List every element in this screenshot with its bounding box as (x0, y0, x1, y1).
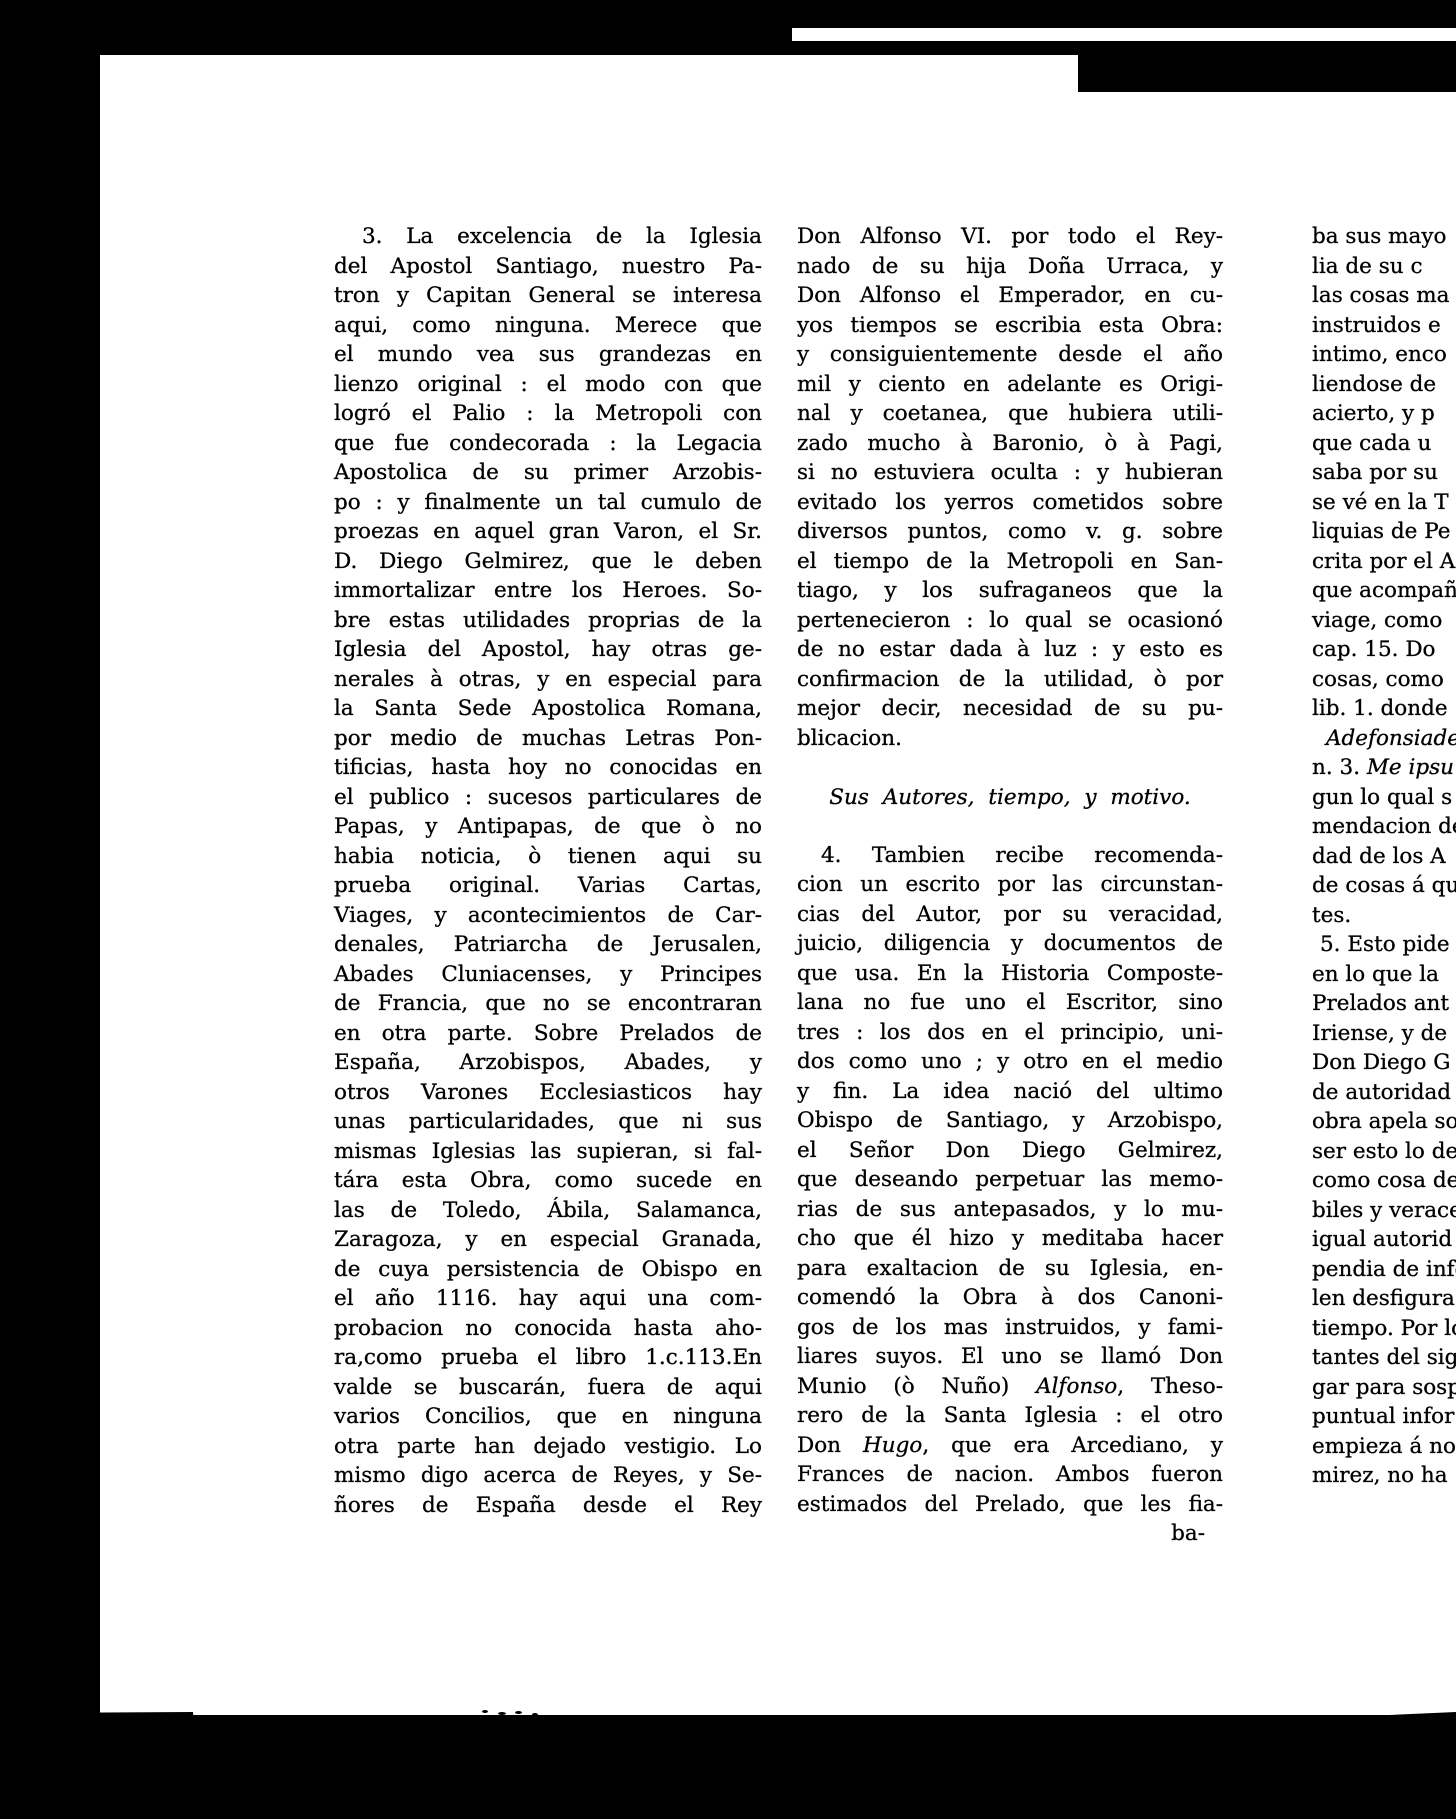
text-line: zado mucho à Baronio, ò à Pagi, (797, 429, 1223, 459)
text-line: tiago, y los sufraganeos que la (797, 576, 1223, 606)
text-run: igual autorid (1312, 1227, 1452, 1252)
text-line: biles y verace (1312, 1196, 1456, 1226)
text-line: comendó la Obra à dos Canoni- (797, 1283, 1223, 1313)
text-line: ser esto lo de (1312, 1137, 1456, 1167)
text-run: otra parte han dejado vestigio. Lo (334, 1434, 762, 1459)
text-line: cap. 15. Do (1312, 635, 1456, 665)
text-run: mirez, no ha (1312, 1463, 1448, 1488)
ink-speck (498, 1712, 506, 1715)
text-line: el mundo vea sus grandezas en (334, 340, 762, 370)
text-run: Frances de nacion. Ambos fueron (797, 1462, 1223, 1487)
text-line: 5. Esto pide (1312, 930, 1456, 960)
text-run: y consiguientemente desde el año (797, 342, 1223, 367)
text-line: dad de los A (1312, 842, 1456, 872)
text-run: las cosas ma (1312, 283, 1449, 308)
text-run: como cosa de (1312, 1168, 1456, 1193)
text-line: de cuya persistencia de Obispo en (334, 1255, 762, 1285)
text-run: gar para sosp (1312, 1375, 1456, 1400)
text-run: , que era Arcediano, y (922, 1433, 1223, 1458)
text-line: Viages, y acontecimientos de Car- (334, 901, 762, 931)
text-line: pertenecieron : lo qual se ocasionó (797, 606, 1223, 636)
text-line: tantes del sigl (1312, 1343, 1456, 1373)
text-run: liquias de Pe (1312, 519, 1450, 544)
text-run: que acompañ (1312, 578, 1456, 603)
text-line: mismo digo acerca de Reyes, y Se- (334, 1461, 762, 1491)
text-run: ba sus mayo (1312, 224, 1446, 249)
text-run: zado mucho à Baronio, ò à Pagi, (797, 431, 1223, 456)
text-line: gos de los mas instruidos, y fami- (797, 1313, 1223, 1343)
text-line: tes. (1312, 901, 1456, 931)
text-run: rero de la Santa Iglesia : el otro (797, 1403, 1223, 1428)
text-line: juicio, diligencia y documentos de (797, 929, 1223, 959)
text-line: el Señor Don Diego Gelmirez, (797, 1136, 1223, 1166)
text-line: que fue condecorada : la Legacia (334, 429, 762, 459)
text-run: biles y verace (1312, 1198, 1456, 1223)
text-line: varios Concilios, que en ninguna (334, 1402, 762, 1432)
text-line: Munio (ò Nuño) Alfonso, Theso- (797, 1372, 1223, 1402)
text-line: por medio de muchas Letras Pon- (334, 724, 762, 754)
text-line: tron y Capitan General se interesa (334, 281, 762, 311)
text-run: el tiempo de la Metropoli en San- (797, 549, 1223, 574)
text-line: len desfigura (1312, 1284, 1456, 1314)
text-line: lienzo original : el modo con que (334, 370, 762, 400)
text-run: Don Alfonso el Emperador, en cu- (797, 283, 1223, 308)
text-line: las de Toledo, Ábila, Salamanca, (334, 1196, 762, 1226)
text-line: empieza á non (1312, 1432, 1456, 1462)
text-run: juicio, diligencia y documentos de (797, 931, 1223, 956)
text-line: mendacion de (1312, 812, 1456, 842)
text-line: puntual infor (1312, 1402, 1456, 1432)
text-line: ñores de España desde el Rey (334, 1491, 762, 1521)
text-line: immortalizar entre los Heroes. So- (334, 576, 762, 606)
text-line: el tiempo de la Metropoli en San- (797, 547, 1223, 577)
text-line: Iriense, y de (1312, 1019, 1456, 1049)
text-run: tron y Capitan General se interesa (334, 283, 762, 308)
text-line: 4. Tambien recibe recomenda- (797, 841, 1223, 871)
catchword: ba- (797, 1519, 1223, 1549)
text-run: tiago, y los sufraganeos que la (797, 578, 1223, 603)
text-run: el publico : sucesos particulares de (334, 785, 762, 810)
text-run: viage, como (1312, 608, 1442, 633)
text-run: comendó la Obra à dos Canoni- (797, 1285, 1223, 1310)
text-run: Munio (ò Nuño) (797, 1374, 1036, 1399)
text-line: saba por su (1312, 458, 1456, 488)
text-line: el publico : sucesos particulares de (334, 783, 762, 813)
text-line: que cada u (1312, 429, 1456, 459)
text-line: valde se buscarán, fuera de aqui (334, 1373, 762, 1403)
text-run: nerales à otras, y en especial para (334, 667, 762, 692)
text-line: Papas, y Antipapas, de que ò no (334, 812, 762, 842)
text-line: unas particularidades, que ni sus (334, 1107, 762, 1137)
ink-speck (515, 1711, 522, 1714)
text-line: tiempo. Por lo (1312, 1314, 1456, 1344)
text-line: el año 1116. hay aqui una com- (334, 1284, 762, 1314)
text-line: tificias, hasta hoy no conocidas en (334, 753, 762, 783)
text-line: las cosas ma (1312, 281, 1456, 311)
ink-speck (545, 1721, 550, 1725)
text-line: cias del Autor, por su veracidad, (797, 900, 1223, 930)
text-run: gun lo qual s (1312, 785, 1452, 810)
italic-text-run: Alfonso (1036, 1374, 1117, 1399)
text-run: por medio de muchas Letras Pon- (334, 726, 762, 751)
text-run: Apostolica de su primer Arzobis- (334, 460, 762, 485)
text-line: proezas en aquel gran Varon, el Sr. (334, 517, 762, 547)
text-line: ra,como prueba el libro 1.c.113.En (334, 1343, 762, 1373)
text-run: mejor decir, necesidad de su pu- (797, 696, 1223, 721)
text-run: Don (797, 1433, 863, 1458)
text-line: nerales à otras, y en especial para (334, 665, 762, 695)
text-run: de no estar dada à luz : y esto es (797, 637, 1223, 662)
text-run: cho que él hizo y meditaba hacer (797, 1226, 1223, 1251)
text-run: tantes del sigl (1312, 1345, 1456, 1370)
text-run: en lo que la (1312, 962, 1439, 987)
text-run: que usa. En la Historia Composte- (797, 961, 1223, 986)
text-run: 5. Esto pide (1320, 932, 1450, 957)
text-run: acierto, y p (1312, 401, 1435, 426)
text-run: blicacion. (797, 726, 902, 751)
text-line: prueba original. Varias Cartas, (334, 871, 762, 901)
ink-speck (482, 1710, 488, 1713)
text-run: mil y ciento en adelante es Origi- (797, 372, 1223, 397)
text-run: Iriense, y de (1312, 1021, 1447, 1046)
text-run: nal y coetanea, que hubiera utili- (797, 401, 1223, 426)
text-line: Don Alfonso el Emperador, en cu- (797, 281, 1223, 311)
text-line: gun lo qual s (1312, 783, 1456, 813)
text-line: habia noticia, ò tienen aqui su (334, 842, 762, 872)
text-line: y fin. La idea nació del ultimo (797, 1077, 1223, 1107)
text-line: D. Diego Gelmirez, que le deben (334, 547, 762, 577)
text-line: mil y ciento en adelante es Origi- (797, 370, 1223, 400)
text-run: tificias, hasta hoy no conocidas en (334, 755, 762, 780)
italic-text-run: Hugo (863, 1433, 922, 1458)
ink-smudge (318, 1730, 328, 1733)
italic-text-run: Adefonsiades (1326, 726, 1456, 751)
text-line: que deseando perpetuar las memo- (797, 1165, 1223, 1195)
text-run: Iglesia del Apostol, hay otras ge- (334, 637, 762, 662)
text-run: Zaragoza, y en especial Granada, (334, 1227, 762, 1252)
text-run: Don Alfonso VI. por todo el Rey- (797, 224, 1223, 249)
text-line: logró el Palio : la Metropoli con (334, 399, 762, 429)
text-line: Iglesia del Apostol, hay otras ge- (334, 635, 762, 665)
text-line: y consiguientemente desde el año (797, 340, 1223, 370)
text-line: Prelados ant (1312, 989, 1456, 1019)
text-line: como cosa de (1312, 1166, 1456, 1196)
text-run: Obispo de Santiago, y Arzobispo, (797, 1108, 1223, 1133)
text-line: crita por el A (1312, 547, 1456, 577)
text-run: el Señor Don Diego Gelmirez, (797, 1138, 1223, 1163)
text-run: que fue condecorada : la Legacia (334, 431, 762, 456)
text-line: estimados del Prelado, que les fia- (797, 1490, 1223, 1520)
text-run: y fin. La idea nació del ultimo (797, 1079, 1223, 1104)
text-line: si no estuviera oculta : y hubieran (797, 458, 1223, 488)
text-line: liares suyos. El uno se llamó Don (797, 1342, 1223, 1372)
text-run: lia de su c (1312, 254, 1422, 279)
text-run: confirmacion de la utilidad, ò por (797, 667, 1223, 692)
text-line: Zaragoza, y en especial Granada, (334, 1225, 762, 1255)
text-line: igual autorid (1312, 1225, 1456, 1255)
text-line: en lo que la (1312, 960, 1456, 990)
text-run: lana no fue uno el Escritor, sino (797, 990, 1223, 1015)
text-run: 4. Tambien recibe recomenda- (821, 843, 1223, 868)
text-run: mismas Iglesias las supieran, si fal- (334, 1139, 762, 1164)
text-run: tiempo. Por lo (1312, 1316, 1456, 1341)
text-run: la Santa Sede Apostolica Romana, (334, 696, 762, 721)
text-line: de Francia, que no se encontraran (334, 989, 762, 1019)
text-run: 3. La excelencia de la Iglesia (362, 224, 762, 249)
text-line: lia de su c (1312, 252, 1456, 282)
text-run: gos de los mas instruidos, y fami- (797, 1315, 1223, 1340)
text-run: de cuya persistencia de Obispo en (334, 1257, 762, 1282)
italic-text-run: Me ipsu (1367, 755, 1454, 780)
text-run: proezas en aquel gran Varon, el Sr. (334, 519, 762, 544)
text-run: puntual infor (1312, 1404, 1454, 1429)
text-line: intimo, enco (1312, 340, 1456, 370)
text-run: ra,como prueba el libro 1.c.113.En (334, 1345, 762, 1370)
text-run: immortalizar entre los Heroes. So- (334, 578, 762, 603)
text-line: diversos puntos, como v. g. sobre (797, 517, 1223, 547)
text-line: Adefonsiades (1312, 724, 1456, 754)
text-run: tres : los dos en el principio, uni- (797, 1020, 1223, 1045)
text-run: Abades Cluniacenses, y Principes (334, 962, 762, 987)
text-run: denales, Patriarcha de Jerusalen, (334, 932, 762, 957)
text-run: intimo, enco (1312, 342, 1447, 367)
ink-smudge (205, 1713, 264, 1727)
text-run: len desfigura (1312, 1286, 1455, 1311)
text-line: gar para sosp (1312, 1373, 1456, 1403)
text-run: saba por su (1312, 460, 1438, 485)
text-line: cho que él hizo y meditaba hacer (797, 1224, 1223, 1254)
text-line: Don Alfonso VI. por todo el Rey- (797, 222, 1223, 252)
text-run: nado de su hija Doña Urraca, y (797, 254, 1223, 279)
text-run: del Apostol Santiago, nuestro Pa- (334, 254, 762, 279)
text-line: tára esta Obra, como sucede en (334, 1166, 762, 1196)
text-run: de cosas á qu (1312, 873, 1456, 898)
text-line: liendose de (1312, 370, 1456, 400)
text-line: Don Hugo, que era Arcediano, y (797, 1431, 1223, 1461)
ink-smudge (296, 1724, 312, 1731)
text-run: Viages, y acontecimientos de Car- (334, 903, 762, 928)
text-run: valde se buscarán, fuera de aqui (334, 1375, 762, 1400)
text-line: España, Arzobispos, Abades, y (334, 1048, 762, 1078)
text-run: po : y finalmente un tal cumulo de (334, 490, 762, 515)
text-line: nado de su hija Doña Urraca, y (797, 252, 1223, 282)
text-run: ñores de España desde el Rey (334, 1493, 762, 1518)
text-line: para exaltacion de su Iglesia, en- (797, 1254, 1223, 1284)
scan-border-top-right (1078, 55, 1456, 92)
text-line: evitado los yerros cometidos sobre (797, 488, 1223, 518)
text-run: prueba original. Varias Cartas, (334, 873, 762, 898)
text-run: liares suyos. El uno se llamó Don (797, 1344, 1223, 1369)
text-line: ba sus mayo (1312, 222, 1456, 252)
text-line: pendia de info (1312, 1255, 1456, 1285)
text-line: denales, Patriarcha de Jerusalen, (334, 930, 762, 960)
text-run: que deseando perpetuar las memo- (797, 1167, 1223, 1192)
text-run: empieza á non (1312, 1434, 1456, 1459)
text-run: el mundo vea sus grandezas en (334, 342, 762, 367)
text-run: estimados del Prelado, que les fia- (797, 1492, 1223, 1517)
text-line: rero de la Santa Iglesia : el otro (797, 1401, 1223, 1431)
paper-background (100, 55, 1456, 1715)
text-run: en otra parte. Sobre Prelados de (334, 1021, 762, 1046)
text-line: n. 3. Me ipsu (1312, 753, 1456, 783)
text-run: lib. 1. donde (1312, 696, 1448, 721)
text-line: lib. 1. donde (1312, 694, 1456, 724)
text-line: del Apostol Santiago, nuestro Pa- (334, 252, 762, 282)
text-line: Frances de nacion. Ambos fueron (797, 1460, 1223, 1490)
text-line: mismas Iglesias las supieran, si fal- (334, 1137, 762, 1167)
text-run: crita por el A (1312, 549, 1455, 574)
text-line: po : y finalmente un tal cumulo de (334, 488, 762, 518)
text-run: bre estas utilidades proprias de la (334, 608, 762, 633)
text-run: para exaltacion de su Iglesia, en- (797, 1256, 1223, 1281)
text-line: Don Diego G (1312, 1048, 1456, 1078)
text-line: que acompañ (1312, 576, 1456, 606)
text-run: Don Diego G (1312, 1050, 1450, 1075)
text-run: unas particularidades, que ni sus (334, 1109, 762, 1134)
text-line: que usa. En la Historia Composte- (797, 959, 1223, 989)
text-column-1: 3. La excelencia de la Iglesiadel Aposto… (334, 222, 762, 1520)
text-line: instruidos e (1312, 311, 1456, 341)
text-run: España, Arzobispos, Abades, y (334, 1050, 762, 1075)
text-line: se vé en la T (1312, 488, 1456, 518)
text-run: mendacion de (1312, 814, 1456, 839)
text-run: instruidos e (1312, 313, 1441, 338)
text-line: confirmacion de la utilidad, ò por (797, 665, 1223, 695)
text-run: cias del Autor, por su veracidad, (797, 902, 1223, 927)
text-run: tára esta Obra, como sucede en (334, 1168, 762, 1193)
text-run: pendia de info (1312, 1257, 1456, 1282)
text-line: rias de sus antepasados, y lo mu- (797, 1195, 1223, 1225)
text-column-3: ba sus mayolia de su clas cosas mainstru… (1312, 222, 1456, 1491)
text-run: cosas, como (1312, 667, 1444, 692)
text-run: dos como uno ; y otro en el medio (797, 1049, 1223, 1074)
text-line: liquias de Pe (1312, 517, 1456, 547)
text-run: evitado los yerros cometidos sobre (797, 490, 1223, 515)
text-line: blicacion. (797, 724, 1223, 754)
scanned-book-page: 3. La excelencia de la Iglesiadel Aposto… (0, 0, 1456, 1819)
text-line: probacion no conocida hasta aho- (334, 1314, 762, 1344)
text-line: nal y coetanea, que hubiera utili- (797, 399, 1223, 429)
text-run: ser esto lo de (1312, 1139, 1456, 1164)
adjacent-page-edge (792, 28, 1456, 41)
text-line: aqui, como ninguna. Merece que (334, 311, 762, 341)
text-run: de autoridad (1312, 1080, 1451, 1105)
text-line: cosas, como (1312, 665, 1456, 695)
text-line: dos como uno ; y otro en el medio (797, 1047, 1223, 1077)
text-run: aqui, como ninguna. Merece que (334, 313, 762, 338)
text-line: yos tiempos se escribia esta Obra: (797, 311, 1223, 341)
text-run: cap. 15. Do (1312, 637, 1436, 662)
text-run: que cada u (1312, 431, 1431, 456)
text-column-2: Don Alfonso VI. por todo el Rey-nado de … (797, 222, 1223, 1549)
text-line: la Santa Sede Apostolica Romana, (334, 694, 762, 724)
text-line: otra parte han dejado vestigio. Lo (334, 1432, 762, 1462)
text-line: acierto, y p (1312, 399, 1456, 429)
text-run: cion un escrito por las circunstan- (797, 872, 1223, 897)
text-line: obra apela so (1312, 1107, 1456, 1137)
text-run: logró el Palio : la Metropoli con (334, 401, 762, 426)
text-line: mejor decir, necesidad de su pu- (797, 694, 1223, 724)
text-run: de Francia, que no se encontraran (334, 991, 762, 1016)
text-run: si no estuviera oculta : y hubieran (797, 460, 1223, 485)
text-line: 3. La excelencia de la Iglesia (334, 222, 762, 252)
text-line: de autoridad (1312, 1078, 1456, 1108)
text-line: lana no fue uno el Escritor, sino (797, 988, 1223, 1018)
ink-smudge (258, 1719, 292, 1729)
text-line: bre estas utilidades proprias de la (334, 606, 762, 636)
text-run: probacion no conocida hasta aho- (334, 1316, 762, 1341)
text-line: otros Varones Ecclesiasticos hay (334, 1078, 762, 1108)
text-run: obra apela so (1312, 1109, 1456, 1134)
text-line: de no estar dada à luz : y esto es (797, 635, 1223, 665)
text-run: las de Toledo, Ábila, Salamanca, (334, 1198, 762, 1223)
text-run: D. Diego Gelmirez, que le deben (334, 549, 762, 574)
text-run: n. 3. (1312, 755, 1367, 780)
ink-speck (532, 1713, 538, 1716)
text-line: mirez, no ha (1312, 1461, 1456, 1491)
text-run: pertenecieron : lo qual se ocasionó (797, 608, 1223, 633)
text-line: en otra parte. Sobre Prelados de (334, 1019, 762, 1049)
text-run: diversos puntos, como v. g. sobre (797, 519, 1223, 544)
text-run: se vé en la T (1312, 490, 1449, 515)
text-line: Obispo de Santiago, y Arzobispo, (797, 1106, 1223, 1136)
section-heading: Sus Autores, tiempo, y motivo. (797, 783, 1223, 813)
text-line: Abades Cluniacenses, y Principes (334, 960, 762, 990)
text-run: tes. (1312, 903, 1351, 928)
text-line: Apostolica de su primer Arzobis- (334, 458, 762, 488)
text-run: el año 1116. hay aqui una com- (334, 1286, 762, 1311)
text-line: de cosas á qu (1312, 871, 1456, 901)
text-run: otros Varones Ecclesiasticos hay (334, 1080, 762, 1105)
text-line: viage, como (1312, 606, 1456, 636)
text-run: lienzo original : el modo con que (334, 372, 762, 397)
text-run: rias de sus antepasados, y lo mu- (797, 1197, 1223, 1222)
text-run: dad de los A (1312, 844, 1446, 869)
text-line: tres : los dos en el principio, uni- (797, 1018, 1223, 1048)
text-line: cion un escrito por las circunstan- (797, 870, 1223, 900)
text-run: yos tiempos se escribia esta Obra: (797, 313, 1223, 338)
text-run: habia noticia, ò tienen aqui su (334, 844, 762, 869)
text-run: mismo digo acerca de Reyes, y Se- (334, 1463, 762, 1488)
text-run: varios Concilios, que en ninguna (334, 1404, 762, 1429)
text-run: Papas, y Antipapas, de que ò no (334, 814, 762, 839)
text-run: , Theso- (1117, 1374, 1223, 1399)
text-run: liendose de (1312, 372, 1436, 397)
text-run: Prelados ant (1312, 991, 1449, 1016)
